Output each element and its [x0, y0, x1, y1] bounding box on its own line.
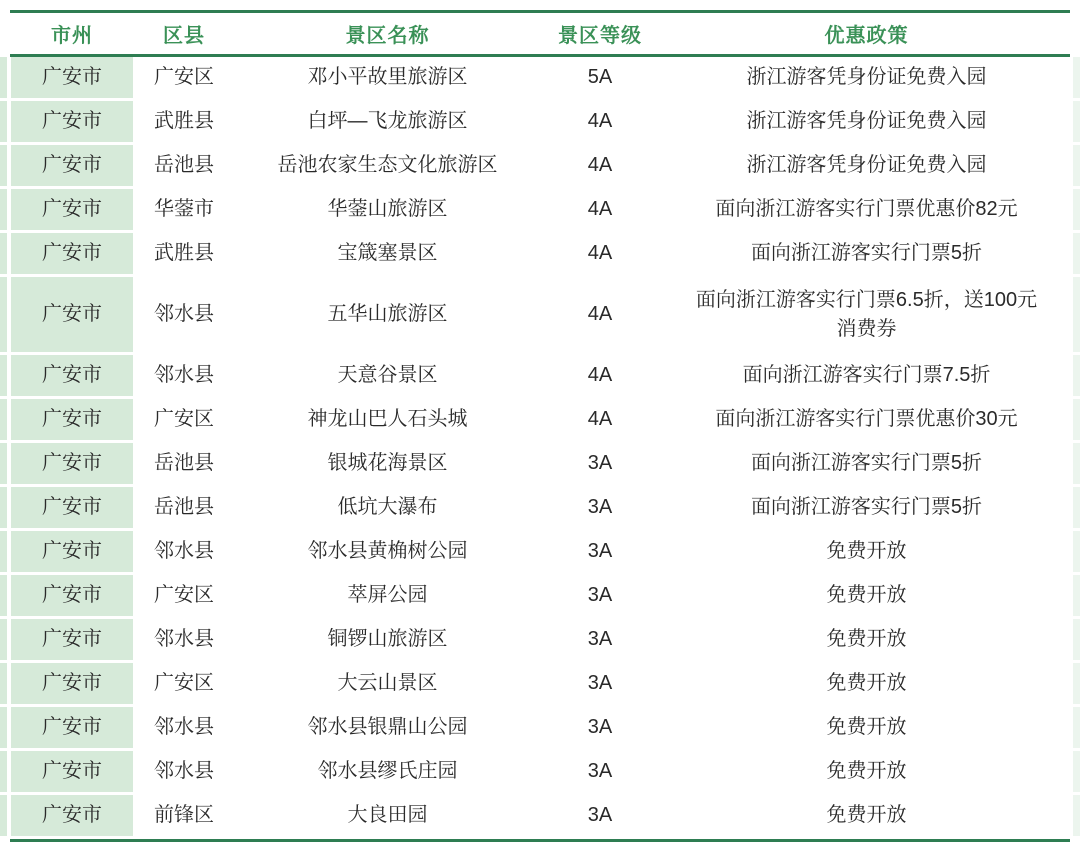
cell-scenic-name-text: 大云山景区 [338, 669, 438, 698]
cell-grade-text: 5A [588, 63, 612, 92]
cell-scenic-name-text: 邓小平故里旅游区 [308, 63, 468, 92]
cell-county: 岳池县 [133, 487, 235, 528]
cell-policy: 免费开放 [660, 619, 1073, 660]
cell-city: 广安市 [11, 619, 133, 660]
cell-city: 广安市 [11, 189, 133, 230]
cell-city-text: 广安市 [42, 361, 102, 390]
right-edge-strip [1073, 795, 1080, 836]
cell-county-text: 华蓥市 [154, 195, 214, 224]
cell-policy: 面向浙江游客实行门票优惠价30元 [660, 399, 1073, 440]
table-row: 广安市岳池县银城花海景区3A面向浙江游客实行门票5折 [0, 443, 1080, 484]
right-edge-strip [1073, 575, 1080, 616]
cell-policy: 面向浙江游客实行门票5折 [660, 233, 1073, 274]
cell-policy-text: 浙江游客凭身份证免费入园 [747, 107, 987, 136]
cell-policy-text: 免费开放 [827, 801, 907, 830]
cell-scenic-name-text: 银城花海景区 [328, 449, 448, 478]
left-edge-strip [0, 101, 7, 142]
cell-grade: 5A [540, 57, 660, 98]
cell-county: 广安区 [133, 57, 235, 98]
left-edge-strip [0, 619, 7, 660]
cell-city: 广安市 [11, 795, 133, 836]
cell-city: 广安市 [11, 399, 133, 440]
cell-policy-text: 浙江游客凭身份证免费入园 [747, 63, 987, 92]
cell-policy-text: 浙江游客凭身份证免费入园 [747, 151, 987, 180]
cell-county-text: 邻水县 [154, 300, 214, 329]
right-edge-strip [1073, 707, 1080, 748]
cell-city-text: 广安市 [42, 239, 102, 268]
right-edge-strip [1073, 663, 1080, 704]
header-spacer [0, 13, 7, 54]
cell-county: 广安区 [133, 575, 235, 616]
cell-city-text: 广安市 [42, 757, 102, 786]
cell-scenic-name: 银城花海景区 [235, 443, 540, 484]
right-edge-strip [1073, 189, 1080, 230]
table-row: 广安市岳池县岳池农家生态文化旅游区4A浙江游客凭身份证免费入园 [0, 145, 1080, 186]
left-edge-strip [0, 145, 7, 186]
cell-grade-text: 4A [588, 361, 612, 390]
cell-policy: 面向浙江游客实行门票5折 [660, 443, 1073, 484]
right-edge-strip [1073, 443, 1080, 484]
cell-policy: 面向浙江游客实行门票5折 [660, 487, 1073, 528]
cell-scenic-name-text: 铜锣山旅游区 [328, 625, 448, 654]
header-scenic-name: 景区名称 [235, 13, 540, 54]
table-row: 广安市邻水县邻水县银鼎山公园3A免费开放 [0, 707, 1080, 748]
cell-city-text: 广安市 [42, 300, 102, 329]
cell-scenic-name-text: 大良田园 [348, 801, 428, 830]
cell-county: 邻水县 [133, 355, 235, 396]
cell-policy: 免费开放 [660, 575, 1073, 616]
cell-grade-text: 4A [588, 405, 612, 434]
cell-scenic-name-text: 邻水县缪氏庄园 [318, 757, 458, 786]
cell-county-text: 前锋区 [154, 801, 214, 830]
cell-city: 广安市 [11, 145, 133, 186]
header-policy: 优惠政策 [660, 13, 1073, 54]
cell-scenic-name: 邻水县银鼎山公园 [235, 707, 540, 748]
cell-county-text: 邻水县 [154, 713, 214, 742]
table-row: 广安市邻水县天意谷景区4A面向浙江游客实行门票7.5折 [0, 355, 1080, 396]
cell-grade-text: 3A [588, 581, 612, 610]
cell-grade: 3A [540, 663, 660, 704]
cell-scenic-name-text: 低坑大瀑布 [338, 493, 438, 522]
cell-grade: 4A [540, 189, 660, 230]
cell-scenic-name-text: 白坪—飞龙旅游区 [308, 107, 468, 136]
cell-scenic-name: 岳池农家生态文化旅游区 [235, 145, 540, 186]
cell-scenic-name: 宝箴塞景区 [235, 233, 540, 274]
cell-grade: 3A [540, 531, 660, 572]
header-county: 区县 [133, 13, 235, 54]
cell-grade-text: 4A [588, 300, 612, 329]
left-edge-strip [0, 795, 7, 836]
cell-scenic-name: 华蓥山旅游区 [235, 189, 540, 230]
cell-scenic-name-text: 邻水县黄桷树公园 [308, 537, 468, 566]
cell-city: 广安市 [11, 751, 133, 792]
cell-scenic-name: 白坪—飞龙旅游区 [235, 101, 540, 142]
cell-county-text: 岳池县 [154, 151, 214, 180]
cell-policy-text: 面向浙江游客实行门票5折 [751, 449, 982, 478]
cell-city-text: 广安市 [42, 537, 102, 566]
cell-grade: 3A [540, 795, 660, 836]
cell-grade: 3A [540, 619, 660, 660]
cell-city-text: 广安市 [42, 493, 102, 522]
cell-scenic-name-text: 神龙山巴人石头城 [308, 405, 468, 434]
cell-policy: 免费开放 [660, 795, 1073, 836]
cell-city-text: 广安市 [42, 801, 102, 830]
cell-grade: 4A [540, 277, 660, 352]
cell-city-text: 广安市 [42, 581, 102, 610]
cell-county-text: 广安区 [154, 669, 214, 698]
header-grade: 景区等级 [540, 13, 660, 54]
right-edge-strip [1073, 101, 1080, 142]
right-edge-strip [1073, 233, 1080, 274]
cell-county-text: 广安区 [154, 581, 214, 610]
cell-policy: 免费开放 [660, 663, 1073, 704]
cell-county-text: 武胜县 [154, 107, 214, 136]
right-edge-strip [1073, 751, 1080, 792]
cell-grade: 3A [540, 575, 660, 616]
cell-policy: 浙江游客凭身份证免费入园 [660, 101, 1073, 142]
cell-county-text: 邻水县 [154, 625, 214, 654]
table-row: 广安市前锋区大良田园3A免费开放 [0, 795, 1080, 836]
cell-grade-text: 4A [588, 107, 612, 136]
cell-scenic-name: 大良田园 [235, 795, 540, 836]
cell-scenic-name: 神龙山巴人石头城 [235, 399, 540, 440]
left-edge-strip [0, 355, 7, 396]
cell-grade-text: 3A [588, 537, 612, 566]
cell-city-text: 广安市 [42, 625, 102, 654]
cell-policy: 免费开放 [660, 531, 1073, 572]
cell-county-text: 武胜县 [154, 239, 214, 268]
cell-county-text: 广安区 [154, 405, 214, 434]
table-row: 广安市武胜县宝箴塞景区4A面向浙江游客实行门票5折 [0, 233, 1080, 274]
cell-city-text: 广安市 [42, 63, 102, 92]
cell-scenic-name-text: 萃屏公园 [348, 581, 428, 610]
cell-county: 武胜县 [133, 101, 235, 142]
cell-county: 邻水县 [133, 707, 235, 748]
cell-county: 邻水县 [133, 619, 235, 660]
cell-scenic-name: 低坑大瀑布 [235, 487, 540, 528]
right-edge-strip [1073, 277, 1080, 352]
cell-scenic-name: 邓小平故里旅游区 [235, 57, 540, 98]
left-edge-strip [0, 277, 7, 352]
cell-scenic-name-text: 五华山旅游区 [328, 300, 448, 329]
cell-policy: 面向浙江游客实行门票6.5折，送100元消费券 [660, 277, 1073, 352]
cell-grade-text: 3A [588, 493, 612, 522]
cell-city: 广安市 [11, 531, 133, 572]
cell-policy-text: 免费开放 [827, 581, 907, 610]
cell-city: 广安市 [11, 707, 133, 748]
table-body: 广安市广安区邓小平故里旅游区5A浙江游客凭身份证免费入园广安市武胜县白坪—飞龙旅… [0, 57, 1080, 839]
cell-city-text: 广安市 [42, 195, 102, 224]
cell-county: 华蓥市 [133, 189, 235, 230]
left-edge-strip [0, 487, 7, 528]
cell-policy-text: 面向浙江游客实行门票优惠价30元 [715, 405, 1017, 434]
cell-scenic-name: 萃屏公园 [235, 575, 540, 616]
cell-county: 岳池县 [133, 443, 235, 484]
right-edge-strip [1073, 57, 1080, 98]
cell-county-text: 邻水县 [154, 537, 214, 566]
tourism-discount-table: 市州 区县 景区名称 景区等级 优惠政策 广安市广安区邓小平故里旅游区5A浙江游… [0, 0, 1080, 849]
cell-city-text: 广安市 [42, 151, 102, 180]
table-row: 广安市邻水县邻水县缪氏庄园3A免费开放 [0, 751, 1080, 792]
cell-grade: 3A [540, 751, 660, 792]
cell-grade: 4A [540, 101, 660, 142]
cell-county: 邻水县 [133, 751, 235, 792]
cell-policy-text: 免费开放 [827, 713, 907, 742]
header-spacer [1073, 13, 1080, 54]
cell-policy-text: 面向浙江游客实行门票优惠价82元 [715, 195, 1017, 224]
cell-city-text: 广安市 [42, 449, 102, 478]
table-row: 广安市广安区萃屏公园3A免费开放 [0, 575, 1080, 616]
cell-city: 广安市 [11, 101, 133, 142]
cell-scenic-name-text: 邻水县银鼎山公园 [308, 713, 468, 742]
left-edge-strip [0, 663, 7, 704]
left-edge-strip [0, 575, 7, 616]
cell-city: 广安市 [11, 575, 133, 616]
cell-policy-text: 免费开放 [827, 625, 907, 654]
cell-grade-text: 3A [588, 801, 612, 830]
cell-grade: 3A [540, 443, 660, 484]
table-row: 广安市广安区神龙山巴人石头城4A面向浙江游客实行门票优惠价30元 [0, 399, 1080, 440]
cell-scenic-name: 五华山旅游区 [235, 277, 540, 352]
left-edge-strip [0, 189, 7, 230]
cell-city: 广安市 [11, 487, 133, 528]
cell-county-text: 邻水县 [154, 361, 214, 390]
left-edge-strip [0, 531, 7, 572]
table-bottom-border [10, 839, 1070, 842]
cell-grade: 4A [540, 399, 660, 440]
cell-county: 岳池县 [133, 145, 235, 186]
cell-city: 广安市 [11, 355, 133, 396]
cell-scenic-name: 铜锣山旅游区 [235, 619, 540, 660]
right-edge-strip [1073, 399, 1080, 440]
table-header-row: 市州 区县 景区名称 景区等级 优惠政策 [0, 13, 1080, 54]
cell-county-text: 广安区 [154, 63, 214, 92]
cell-grade-text: 4A [588, 239, 612, 268]
cell-grade: 3A [540, 487, 660, 528]
left-edge-strip [0, 57, 7, 98]
cell-grade: 3A [540, 707, 660, 748]
cell-county: 广安区 [133, 663, 235, 704]
cell-city: 广安市 [11, 663, 133, 704]
table-row: 广安市邻水县五华山旅游区4A面向浙江游客实行门票6.5折，送100元消费券 [0, 277, 1080, 352]
right-edge-strip [1073, 531, 1080, 572]
table-row: 广安市武胜县白坪—飞龙旅游区4A浙江游客凭身份证免费入园 [0, 101, 1080, 142]
cell-policy-text: 免费开放 [827, 537, 907, 566]
cell-city: 广安市 [11, 233, 133, 274]
cell-grade-text: 3A [588, 757, 612, 786]
cell-city-text: 广安市 [42, 669, 102, 698]
cell-policy-text: 面向浙江游客实行门票7.5折 [743, 361, 991, 390]
cell-policy: 免费开放 [660, 707, 1073, 748]
cell-policy: 浙江游客凭身份证免费入园 [660, 145, 1073, 186]
cell-county: 邻水县 [133, 531, 235, 572]
cell-county: 前锋区 [133, 795, 235, 836]
left-edge-strip [0, 707, 7, 748]
cell-policy-text: 面向浙江游客实行门票6.5折，送100元消费券 [692, 286, 1042, 344]
cell-policy: 免费开放 [660, 751, 1073, 792]
table-row: 广安市广安区邓小平故里旅游区5A浙江游客凭身份证免费入园 [0, 57, 1080, 98]
cell-county: 武胜县 [133, 233, 235, 274]
cell-scenic-name: 邻水县缪氏庄园 [235, 751, 540, 792]
table-row: 广安市邻水县邻水县黄桷树公园3A免费开放 [0, 531, 1080, 572]
cell-city-text: 广安市 [42, 713, 102, 742]
cell-policy-text: 免费开放 [827, 669, 907, 698]
cell-grade: 4A [540, 145, 660, 186]
right-edge-strip [1073, 145, 1080, 186]
left-edge-strip [0, 443, 7, 484]
cell-scenic-name-text: 天意谷景区 [338, 361, 438, 390]
cell-county-text: 岳池县 [154, 449, 214, 478]
table-row: 广安市广安区大云山景区3A免费开放 [0, 663, 1080, 704]
cell-policy-text: 免费开放 [827, 757, 907, 786]
cell-grade: 4A [540, 233, 660, 274]
cell-city: 广安市 [11, 277, 133, 352]
cell-grade-text: 4A [588, 151, 612, 180]
table-row: 广安市华蓥市华蓥山旅游区4A面向浙江游客实行门票优惠价82元 [0, 189, 1080, 230]
cell-grade-text: 3A [588, 449, 612, 478]
cell-grade: 4A [540, 355, 660, 396]
cell-city-text: 广安市 [42, 405, 102, 434]
cell-grade-text: 3A [588, 713, 612, 742]
right-edge-strip [1073, 487, 1080, 528]
table-row: 广安市岳池县低坑大瀑布3A面向浙江游客实行门票5折 [0, 487, 1080, 528]
cell-county: 广安区 [133, 399, 235, 440]
cell-policy: 面向浙江游客实行门票优惠价82元 [660, 189, 1073, 230]
header-city: 市州 [11, 13, 133, 54]
cell-scenic-name: 大云山景区 [235, 663, 540, 704]
cell-policy: 浙江游客凭身份证免费入园 [660, 57, 1073, 98]
cell-policy-text: 面向浙江游客实行门票5折 [751, 239, 982, 268]
cell-policy: 面向浙江游客实行门票7.5折 [660, 355, 1073, 396]
cell-grade-text: 3A [588, 669, 612, 698]
cell-scenic-name-text: 华蓥山旅游区 [328, 195, 448, 224]
cell-scenic-name-text: 宝箴塞景区 [338, 239, 438, 268]
cell-grade-text: 4A [588, 195, 612, 224]
cell-scenic-name-text: 岳池农家生态文化旅游区 [278, 151, 498, 180]
cell-county-text: 邻水县 [154, 757, 214, 786]
cell-scenic-name: 邻水县黄桷树公园 [235, 531, 540, 572]
cell-county-text: 岳池县 [154, 493, 214, 522]
cell-city-text: 广安市 [42, 107, 102, 136]
cell-city: 广安市 [11, 57, 133, 98]
cell-city: 广安市 [11, 443, 133, 484]
cell-grade-text: 3A [588, 625, 612, 654]
left-edge-strip [0, 399, 7, 440]
left-edge-strip [0, 751, 7, 792]
cell-scenic-name: 天意谷景区 [235, 355, 540, 396]
right-edge-strip [1073, 619, 1080, 660]
table-row: 广安市邻水县铜锣山旅游区3A免费开放 [0, 619, 1080, 660]
cell-policy-text: 面向浙江游客实行门票5折 [751, 493, 982, 522]
right-edge-strip [1073, 355, 1080, 396]
left-edge-strip [0, 233, 7, 274]
cell-county: 邻水县 [133, 277, 235, 352]
